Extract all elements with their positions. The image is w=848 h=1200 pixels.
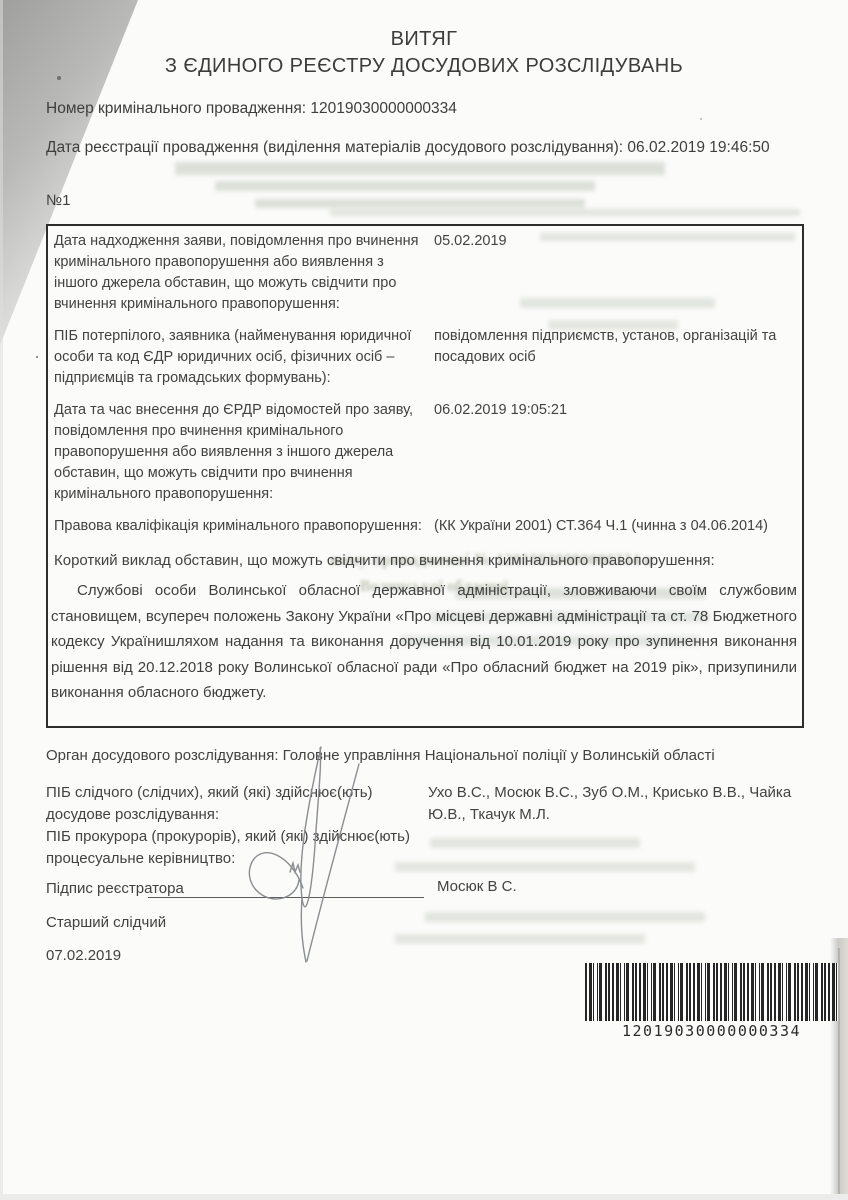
registration-date-line: Дата реєстрації провадження (виділення м…: [46, 136, 788, 159]
bleedthrough-smudge: [395, 862, 695, 872]
table-row: ПІБ потерпілого, заявника (найменування …: [54, 326, 794, 389]
page-edge-line: [838, 948, 840, 1200]
row-label: ПІБ потерпілого, заявника (найменування …: [54, 326, 426, 389]
position-line: Старший слідчий: [46, 912, 166, 934]
table-row: Правова кваліфікація кримінального право…: [54, 516, 794, 537]
scan-speck: [36, 356, 38, 358]
row-value: 05.02.2019: [434, 231, 794, 315]
bleedthrough-smudge: [425, 912, 705, 922]
barcode: [585, 963, 838, 1021]
bleedthrough-smudge: [255, 199, 585, 208]
row-label: Дата та час внесення до ЄРДР відомостей …: [54, 400, 426, 505]
row-label: Дата надходження заяви, повідомлення про…: [54, 231, 426, 315]
bleedthrough-smudge: [395, 934, 645, 944]
document-title-line2: З ЄДИНОГО РЕЄСТРУ ДОСУДОВИХ РОЗСЛІДУВАНЬ: [0, 55, 848, 78]
row-value: 06.02.2019 19:05:21: [434, 400, 794, 505]
bleedthrough-smudge: [175, 162, 665, 175]
bleedthrough-smudge: [430, 838, 640, 848]
date-line: 07.02.2019: [46, 945, 121, 967]
scan-left-edge: [0, 0, 3, 1200]
case-details-table: Дата надходження заяви, повідомлення про…: [46, 224, 804, 728]
barcode-number: 12019030000000334: [585, 1022, 838, 1040]
document-title-line1: ВИТЯГ: [0, 28, 848, 51]
bleedthrough-smudge: [330, 209, 800, 216]
summary-paragraph: Службові особи Волинської обласної держа…: [51, 578, 797, 706]
scanned-document-page: ному провадженні № 12019030000000334 в В…: [0, 0, 848, 1200]
handwritten-signature: [235, 735, 375, 970]
record-number-label: №1: [46, 192, 70, 209]
investigators-value: Ухо В.С., Мосюк В.С., Зуб О.М., Крисько …: [428, 782, 808, 826]
authority-line: Орган досудового розслідування: Головне …: [46, 745, 808, 767]
investigators-row: ПІБ слідчого (слідчих), який (які) здійс…: [46, 782, 808, 826]
bleedthrough-smudge: [215, 181, 595, 191]
row-value: (КК України 2001) СТ.364 Ч.1 (чинна з 04…: [434, 516, 794, 537]
case-number-line: Номер кримінального провадження: 1201903…: [46, 100, 806, 118]
suspect-heading: ПІБ, дата народження особи, яку повідомл…: [54, 721, 794, 729]
row-label: Правова кваліфікація кримінального право…: [54, 516, 426, 537]
scan-bottom-edge: [0, 1194, 848, 1200]
scan-speck: [700, 118, 702, 120]
row-value: повідомлення підприємств, установ, орган…: [434, 326, 794, 389]
table-row: Дата та час внесення до ЄРДР відомостей …: [54, 400, 794, 505]
summary-heading: Короткий виклад обставин, що можуть свід…: [54, 550, 794, 572]
table-row: Дата надходження заяви, повідомлення про…: [54, 231, 794, 315]
registrar-name: Мосюк В С.: [437, 878, 517, 895]
